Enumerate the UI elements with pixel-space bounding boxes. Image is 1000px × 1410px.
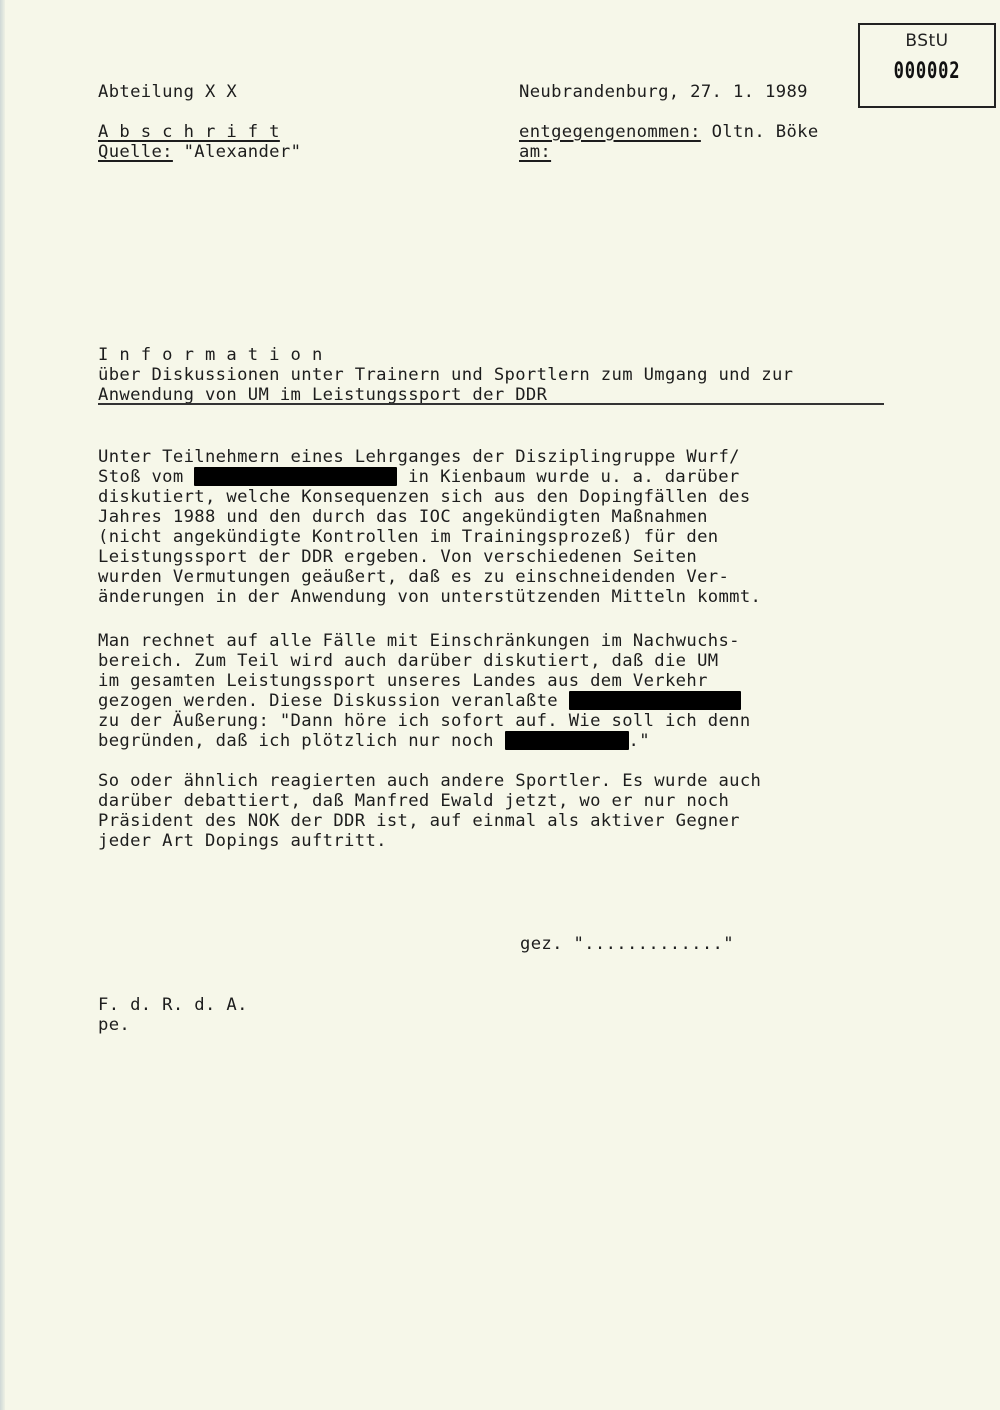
footer-line-1: F. d. R. d. A. — [98, 995, 248, 1015]
text-segment: ." — [629, 731, 650, 751]
text-segment: in Kienbaum wurde u. a. darüber — [397, 467, 739, 487]
paragraph-1: Unter Teilnehmern eines Lehrganges der D… — [98, 447, 761, 607]
stamp-number: 000002 — [875, 59, 980, 84]
received-value: Oltn. Böke — [701, 122, 819, 142]
paragraph-3: So oder ähnlich reagierten auch andere S… — [98, 771, 761, 851]
received-label: entgegengenommen: — [519, 122, 701, 142]
text-line: gezogen werden. Diese Diskussion veranla… — [98, 691, 751, 711]
text-line: Leistungssport der DDR ergeben. Von vers… — [98, 547, 761, 567]
text-line: bereich. Zum Teil wird auch darüber disk… — [98, 651, 751, 671]
text-segment: gezogen werden. Diese Diskussion veranla… — [98, 691, 569, 711]
text-segment: begründen, daß ich plötzlich nur noch — [98, 731, 505, 751]
stamp-label: BStU — [860, 31, 994, 51]
title-heading: I n f o r m a t i o n — [98, 345, 323, 365]
text-line: zu der Äußerung: "Dann höre ich sofort a… — [98, 711, 751, 731]
date-label: am: — [519, 142, 551, 162]
title-line-1: über Diskussionen unter Trainern und Spo… — [98, 365, 793, 385]
paragraph-2: Man rechnet auf alle Fälle mit Einschrän… — [98, 631, 751, 751]
signature: gez. "............." — [520, 934, 734, 954]
text-line: So oder ähnlich reagierten auch andere S… — [98, 771, 761, 791]
text-line: Jahres 1988 und den durch das IOC angekü… — [98, 507, 761, 527]
text-line: Unter Teilnehmern eines Lehrganges der D… — [98, 447, 761, 467]
text-line: diskutiert, welche Konsequenzen sich aus… — [98, 487, 761, 507]
text-line: begründen, daß ich plötzlich nur noch ." — [98, 731, 751, 751]
redaction-bar — [569, 691, 741, 710]
text-line: Präsident des NOK der DDR ist, auf einma… — [98, 811, 761, 831]
text-line: Man rechnet auf alle Fälle mit Einschrän… — [98, 631, 751, 651]
footer-line-2: pe. — [98, 1015, 130, 1035]
source-value: "Alexander" — [173, 142, 301, 162]
text-segment: Stoß vom — [98, 467, 194, 487]
text-line: wurden Vermutungen geäußert, daß es zu e… — [98, 567, 761, 587]
source-line: Quelle: "Alexander" — [98, 142, 301, 162]
title-line-2: Anwendung von UM im Leistungssport der D… — [98, 385, 547, 405]
place-date: Neubrandenburg, 27. 1. 1989 — [519, 82, 808, 102]
copy-label: A b s c h r i f t — [98, 122, 280, 142]
text-line: darüber debattiert, daß Manfred Ewald je… — [98, 791, 761, 811]
redaction-bar — [194, 467, 397, 486]
paper-edge — [0, 0, 5, 1410]
title-underline — [98, 403, 884, 405]
text-line: (nicht angekündigte Kontrollen im Traini… — [98, 527, 761, 547]
source-label: Quelle: — [98, 142, 173, 162]
bstu-stamp: BStU 000002 — [858, 23, 996, 108]
department: Abteilung X X — [98, 82, 237, 102]
redaction-bar — [505, 731, 629, 750]
text-line: änderungen in der Anwendung von unterstü… — [98, 587, 761, 607]
received-line: entgegengenommen: Oltn. Böke — [519, 122, 819, 142]
text-line: jeder Art Dopings auftritt. — [98, 831, 761, 851]
text-line: im gesamten Leistungssport unseres Lande… — [98, 671, 751, 691]
text-line: Stoß vom in Kienbaum wurde u. a. darüber — [98, 467, 761, 487]
